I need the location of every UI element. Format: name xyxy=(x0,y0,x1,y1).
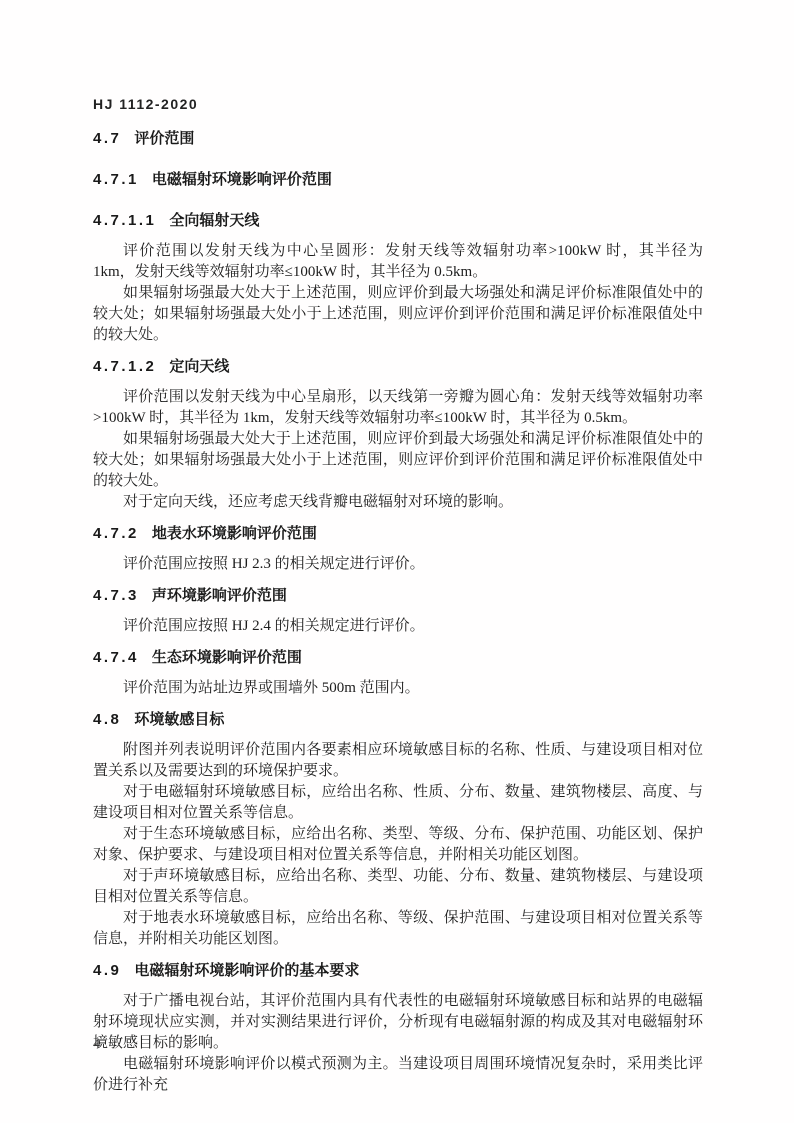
heading-number: 4.7.4 xyxy=(93,649,139,666)
heading-title: 地表水环境影响评价范围 xyxy=(152,525,317,542)
heading-title: 生态环境影响评价范围 xyxy=(152,649,302,666)
heading-number: 4.9 xyxy=(93,962,121,979)
paragraph-4-7-1-1-b: 如果辐射场强最大处大于上述范围，则应评价到最大场强处和满足评价标准限值处中的较大… xyxy=(93,283,703,346)
heading-number: 4.7.3 xyxy=(93,587,139,604)
paragraph-4-7-2: 评价范围应按照 HJ 2.3 的相关规定进行评价。 xyxy=(93,554,703,575)
paragraph-4-7-1-1-a: 评价范围以发射天线为中心呈圆形：发射天线等效辐射功率>100kW 时，其半径为 … xyxy=(93,241,703,283)
paragraph-4-7-1-2-a: 评价范围以发射天线为中心呈扇形，以天线第一旁瓣为圆心角：发射天线等效辐射功率>1… xyxy=(93,387,703,429)
section-heading-4-8: 4.8环境敏感目标 xyxy=(93,699,703,740)
section-heading-4-7-1-2: 4.7.1.2定向天线 xyxy=(93,346,703,387)
section-heading-4-7-3: 4.7.3声环境影响评价范围 xyxy=(93,575,703,616)
heading-number: 4.7.1.1 xyxy=(93,212,156,229)
paragraph-4-8-c: 对于生态环境敏感目标，应给出名称、类型、等级、分布、保护范围、功能区划、保护对象… xyxy=(93,824,703,866)
heading-number: 4.7.1 xyxy=(93,171,139,188)
section-heading-4-7-2: 4.7.2地表水环境影响评价范围 xyxy=(93,513,703,554)
page-number: 4 xyxy=(93,1037,100,1053)
section-heading-4-7-4: 4.7.4生态环境影响评价范围 xyxy=(93,637,703,678)
heading-title: 定向天线 xyxy=(169,358,229,375)
heading-number: 4.7.2 xyxy=(93,525,139,542)
heading-number: 4.7.1.2 xyxy=(93,358,156,375)
paragraph-4-7-1-2-c: 对于定向天线，还应考虑天线背瓣电磁辐射对环境的影响。 xyxy=(93,492,703,513)
section-heading-4-7: 4.7评价范围 xyxy=(93,118,703,159)
heading-number: 4.8 xyxy=(93,711,121,728)
document-content: HJ 1112-2020 4.7评价范围 4.7.1电磁辐射环境影响评价范围 4… xyxy=(0,0,794,1096)
paragraph-4-9-a: 对于广播电视台站，其评价范围内具有代表性的电磁辐射环境敏感目标和站界的电磁辐射环… xyxy=(93,991,703,1054)
paragraph-4-7-4: 评价范围为站址边界或围墙外 500m 范围内。 xyxy=(93,678,703,699)
heading-title: 声环境影响评价范围 xyxy=(152,587,287,604)
section-heading-4-7-1-1: 4.7.1.1全向辐射天线 xyxy=(93,200,703,241)
paragraph-4-8-e: 对于地表水环境敏感目标，应给出名称、等级、保护范围、与建设项目相对位置关系等信息… xyxy=(93,908,703,950)
heading-number: 4.7 xyxy=(93,130,121,147)
heading-title: 电磁辐射环境影响评价范围 xyxy=(152,171,332,188)
document-code: HJ 1112-2020 xyxy=(93,96,703,112)
paragraph-4-7-1-2-b: 如果辐射场强最大处大于上述范围，则应评价到最大场强处和满足评价标准限值处中的较大… xyxy=(93,429,703,492)
section-heading-4-7-1: 4.7.1电磁辐射环境影响评价范围 xyxy=(93,159,703,200)
paragraph-4-8-b: 对于电磁辐射环境敏感目标，应给出名称、性质、分布、数量、建筑物楼层、高度、与建设… xyxy=(93,782,703,824)
section-heading-4-9: 4.9电磁辐射环境影响评价的基本要求 xyxy=(93,950,703,991)
paragraph-4-7-3: 评价范围应按照 HJ 2.4 的相关规定进行评价。 xyxy=(93,616,703,637)
heading-title: 电磁辐射环境影响评价的基本要求 xyxy=(134,962,359,979)
paragraph-4-8-a: 附图并列表说明评价范围内各要素相应环境敏感目标的名称、性质、与建设项目相对位置关… xyxy=(93,740,703,782)
paragraph-4-9-b: 电磁辐射环境影响评价以模式预测为主。当建设项目周围环境情况复杂时，采用类比评价进… xyxy=(93,1054,703,1096)
heading-title: 全向辐射天线 xyxy=(169,212,259,229)
heading-title: 评价范围 xyxy=(134,130,194,147)
heading-title: 环境敏感目标 xyxy=(134,711,224,728)
paragraph-4-8-d: 对于声环境敏感目标，应给出名称、类型、功能、分布、数量、建筑物楼层、与建设项目相… xyxy=(93,866,703,908)
document-page: HJ 1112-2020 4.7评价范围 4.7.1电磁辐射环境影响评价范围 4… xyxy=(0,0,794,1123)
